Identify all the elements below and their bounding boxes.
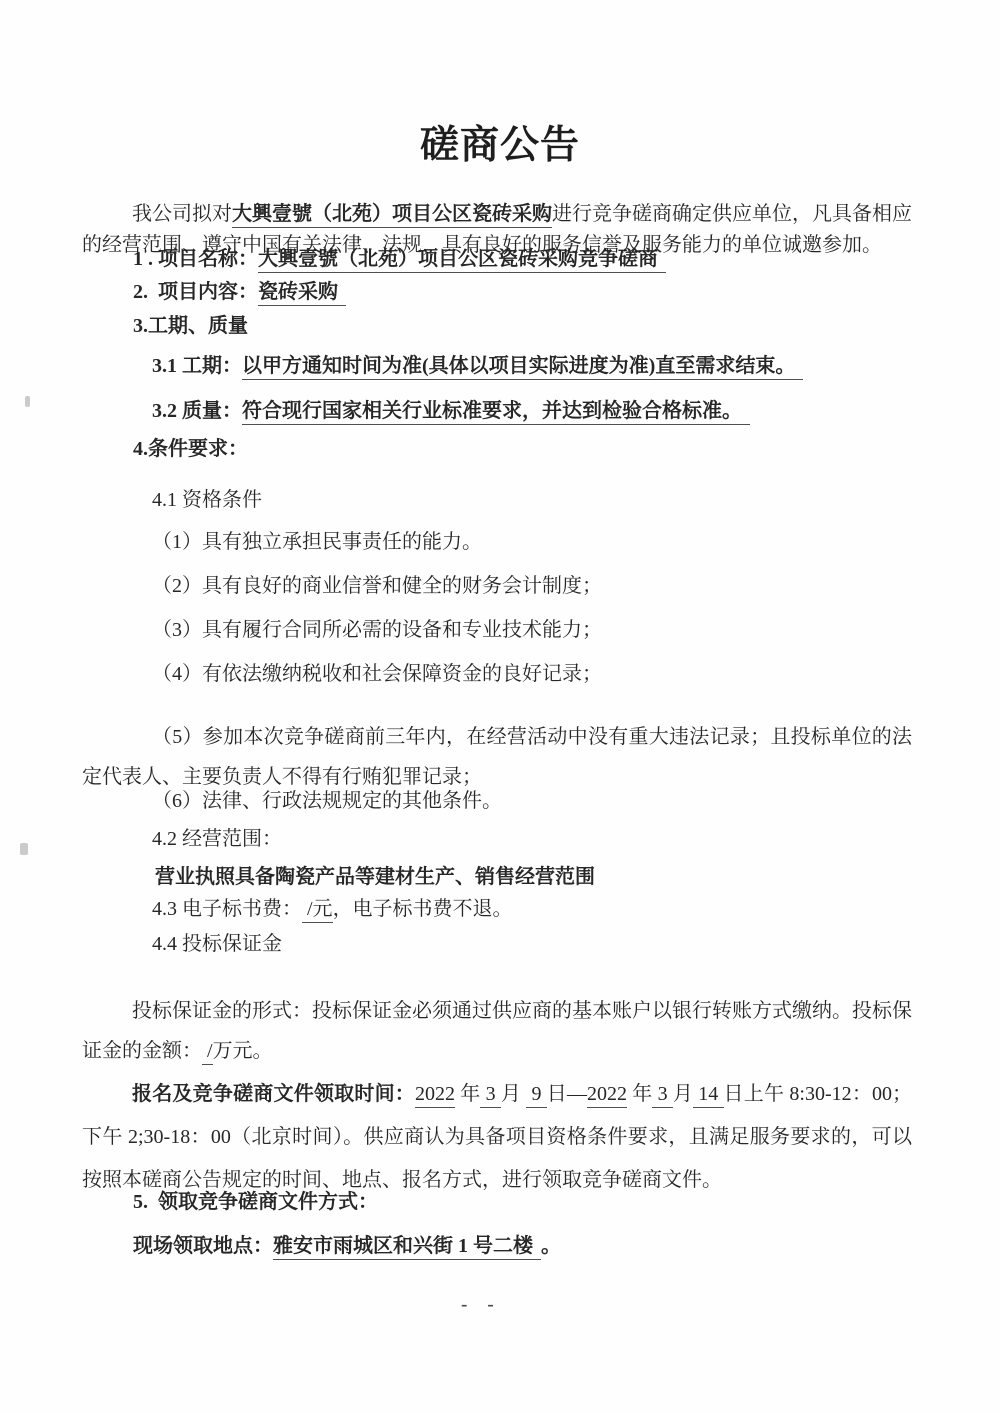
item-project-content-label: 2. 项目内容： xyxy=(133,281,258,303)
bid-bond-paragraph: 投标保证金的形式：投标保证金必须通过供应商的基本账户以银行转账方式缴纳。投标保证… xyxy=(82,991,912,1071)
item-quality-value: 符合现行国家相关行业标准要求，并达到检验合格标准。 xyxy=(242,400,750,425)
scan-artifact xyxy=(20,843,28,855)
page-number-footer: -- xyxy=(461,1294,494,1316)
intro-text: 我公司拟对 xyxy=(132,203,232,225)
item-bid-doc-fee: 4.3 电子标书费： /元，电子标书费不退。 xyxy=(152,898,513,921)
bid-doc-fee-blank: /元 xyxy=(302,898,333,923)
item-project-name-label: 1 . 项目名称： xyxy=(133,248,258,270)
signup-sep-2: 月 xyxy=(501,1083,526,1105)
item-doc-pickup-heading: 5. 领取竞争磋商文件方式： xyxy=(133,1191,378,1214)
item-quality: 3.2 质量：符合现行国家相关行业标准要求，并达到检验合格标准。 xyxy=(152,400,750,423)
announcement-page: 磋商公告 我公司拟对大興壹號（北苑）项目公区瓷砖采购进行竞争磋商确定供应单位，凡… xyxy=(0,0,1000,1414)
signup-sep-4: 年 xyxy=(627,1083,652,1105)
item-project-content: 2. 项目内容：瓷砖采购 xyxy=(133,281,346,304)
footer-dash-left: - xyxy=(461,1294,467,1316)
signup-sep-1: 年 xyxy=(455,1083,480,1105)
pickup-location-tail: 。 xyxy=(541,1235,561,1257)
project-name-underlined: 大興壹號（北苑）项目公区瓷砖采购 xyxy=(232,203,552,228)
condition-5: （5）参加本次竞争磋商前三年内，在经营活动中没有重大违法记录；且投标单位的法定代… xyxy=(82,717,912,797)
pickup-location-value: 雅安市雨城区和兴街 1 号二楼 xyxy=(273,1235,541,1260)
item-requirements-heading: 4.条件要求： xyxy=(133,438,248,461)
footer-dash-right: - xyxy=(487,1294,493,1316)
signup-month-end: 3 xyxy=(652,1083,672,1108)
scan-artifact xyxy=(25,396,30,407)
signup-day-start: 9 xyxy=(526,1083,546,1108)
item-schedule-value: 以甲方通知时间为准(具体以项目实际进度为准)直至需求结束。 xyxy=(242,355,803,380)
pickup-location: 现场领取地点：雅安市雨城区和兴街 1 号二楼。 xyxy=(133,1235,561,1258)
condition-2: （2）具有良好的商业信誉和健全的财务会计制度； xyxy=(152,575,602,598)
item-schedule-label: 3.1 工期： xyxy=(152,355,242,377)
signup-day-end: 14 xyxy=(693,1083,723,1108)
bid-doc-fee-tail: ，电子标书费不退。 xyxy=(333,898,513,920)
condition-3: （3）具有履行合同所必需的设备和专业技术能力； xyxy=(152,619,602,642)
pickup-location-label: 现场领取地点： xyxy=(133,1235,273,1257)
item-project-name-value: 大興壹號（北苑）项目公区瓷砖采购竞争磋商 xyxy=(258,248,666,273)
signup-time-label: 报名及竞争磋商文件领取时间： xyxy=(132,1083,415,1105)
bid-bond-tail: 万元。 xyxy=(213,1040,273,1062)
condition-4: （4）有依法缴纳税收和社会保障资金的良好记录； xyxy=(152,663,602,686)
item-schedule: 3.1 工期：以甲方通知时间为准(具体以项目实际进度为准)直至需求结束。 xyxy=(152,355,803,378)
signup-sep-5: 月 xyxy=(673,1083,693,1105)
item-project-name: 1 . 项目名称：大興壹號（北苑）项目公区瓷砖采购竞争磋商 xyxy=(133,248,666,271)
signup-year-start: 2022 xyxy=(415,1083,455,1108)
signup-year-end: 2022 xyxy=(587,1083,627,1108)
item-project-content-value: 瓷砖采购 xyxy=(258,281,346,306)
item-qualification-heading: 4.1 资格条件 xyxy=(152,489,262,512)
bid-bond-amount-blank: / xyxy=(202,1040,213,1065)
condition-1: （1）具有独立承担民事责任的能力。 xyxy=(152,531,482,554)
item-bid-bond-heading: 4.4 投标保证金 xyxy=(152,933,282,956)
signup-month-start: 3 xyxy=(480,1083,500,1108)
item-business-scope-heading: 4.2 经营范围： xyxy=(152,828,282,851)
signup-time-paragraph: 报名及竞争磋商文件领取时间：2022 年 3 月 9 日—2022 年 3 月 … xyxy=(82,1073,912,1202)
item-quality-label: 3.2 质量： xyxy=(152,400,242,422)
item-schedule-quality-heading: 3.工期、质量 xyxy=(133,315,248,338)
page-title: 磋商公告 xyxy=(0,114,1000,170)
bid-doc-fee-label: 4.3 电子标书费： xyxy=(152,898,302,920)
business-scope-text: 营业执照具备陶瓷产品等建材生产、销售经营范围 xyxy=(155,866,595,889)
signup-sep-3: 日— xyxy=(547,1083,587,1105)
condition-6: （6）法律、行政法规规定的其他条件。 xyxy=(152,790,502,813)
